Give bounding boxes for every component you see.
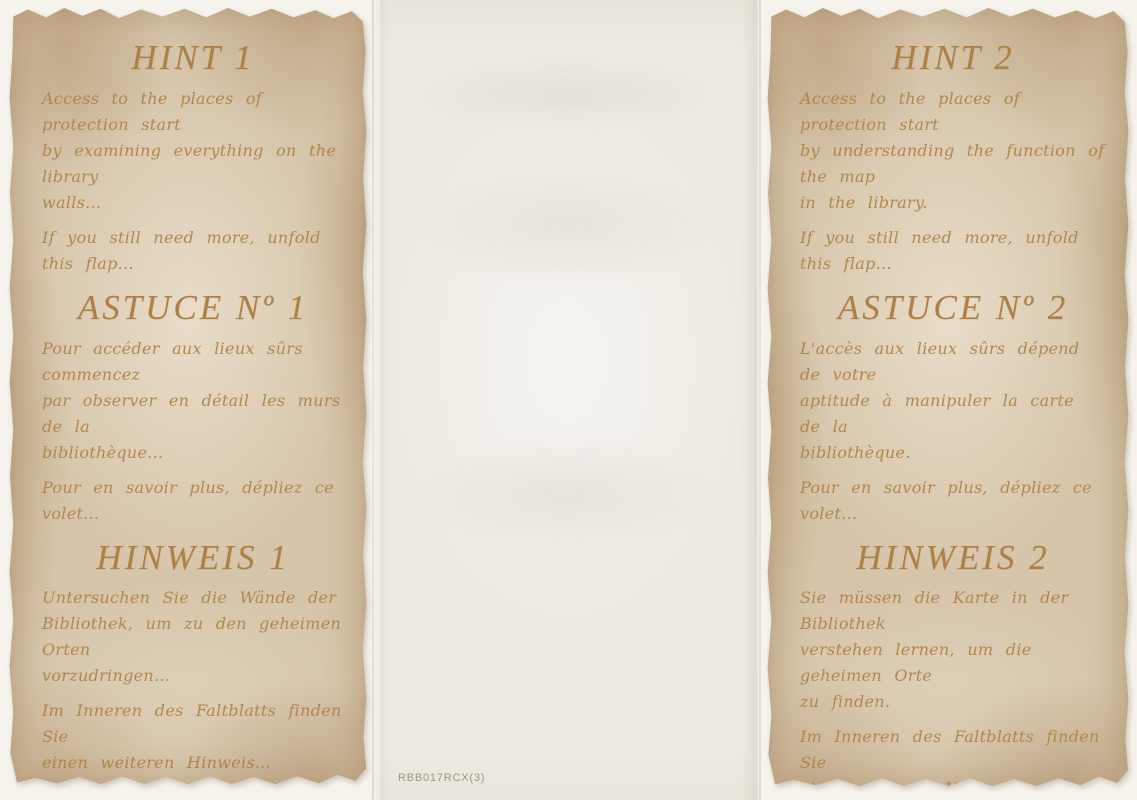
print-code: RBB017RCX(3): [398, 772, 485, 784]
blank-flap-panel: RBB017RCX(3): [377, 0, 757, 800]
section-hinweis-de: HINWEIS 2 Sie müssen die Karte in der Bi…: [800, 540, 1106, 800]
hint-1-panel: HINT 1 Access to the places of protectio…: [6, 4, 370, 792]
section-more: Im Inneren des Faltblatts finden Sie ein…: [42, 698, 344, 776]
section-more: If you still need more, unfold this flap…: [800, 225, 1106, 277]
section-title: ASTUCE Nº 2: [800, 290, 1106, 327]
scanned-hint-sheet: { "document": { "kind": "game hint sheet…: [0, 0, 1137, 800]
section-hinweis-de: HINWEIS 1 Untersuchen Sie die Wände der …: [42, 540, 344, 777]
section-more: Pour en savoir plus, dépliez ce volet...: [800, 475, 1106, 527]
section-title: HINWEIS 2: [800, 540, 1106, 577]
parchment-texture-left: HINT 1 Access to the places of protectio…: [6, 4, 370, 792]
section-body: Access to the places of protection start…: [800, 86, 1106, 216]
section-more: Pour en savoir plus, dépliez ce volet...: [42, 475, 344, 527]
hint-2-panel: HINT 2 Access to the places of protectio…: [764, 4, 1132, 794]
section-astuce-fr: ASTUCE Nº 1 Pour accéder aux lieux sûrs …: [42, 290, 344, 527]
section-astuce-fr: ASTUCE Nº 2 L'accès aux lieux sûrs dépen…: [800, 290, 1106, 527]
section-body: L'accès aux lieux sûrs dépend de votre a…: [800, 336, 1106, 466]
show-through-ghosting: [413, 440, 721, 550]
section-hint-en: HINT 2 Access to the places of protectio…: [800, 40, 1106, 277]
hint-1-panel-content: HINT 1 Access to the places of protectio…: [6, 4, 370, 776]
section-title: HINT 2: [800, 40, 1106, 77]
section-body: Sie müssen die Karte in der Bibliothek v…: [800, 585, 1106, 715]
section-body: Pour accéder aux lieux sûrs commencez pa…: [42, 336, 344, 466]
fold-crease: [759, 0, 761, 800]
section-more: Im Inneren des Faltblatts finden Sie ein…: [800, 724, 1106, 800]
fold-crease: [372, 0, 374, 800]
section-title: ASTUCE Nº 1: [42, 290, 344, 327]
section-hint-en: HINT 1 Access to the places of protectio…: [42, 40, 344, 277]
show-through-ghosting: [413, 60, 721, 130]
section-body: Access to the places of protection start…: [42, 86, 344, 216]
parchment-texture-right: HINT 2 Access to the places of protectio…: [764, 4, 1132, 794]
hint-2-panel-content: HINT 2 Access to the places of protectio…: [764, 4, 1132, 800]
section-title: HINWEIS 1: [42, 540, 344, 577]
section-title: HINT 1: [42, 40, 344, 77]
section-more: If you still need more, unfold this flap…: [42, 225, 344, 277]
section-body: Untersuchen Sie die Wände der Bibliothek…: [42, 585, 344, 689]
show-through-ghosting: [413, 165, 721, 285]
